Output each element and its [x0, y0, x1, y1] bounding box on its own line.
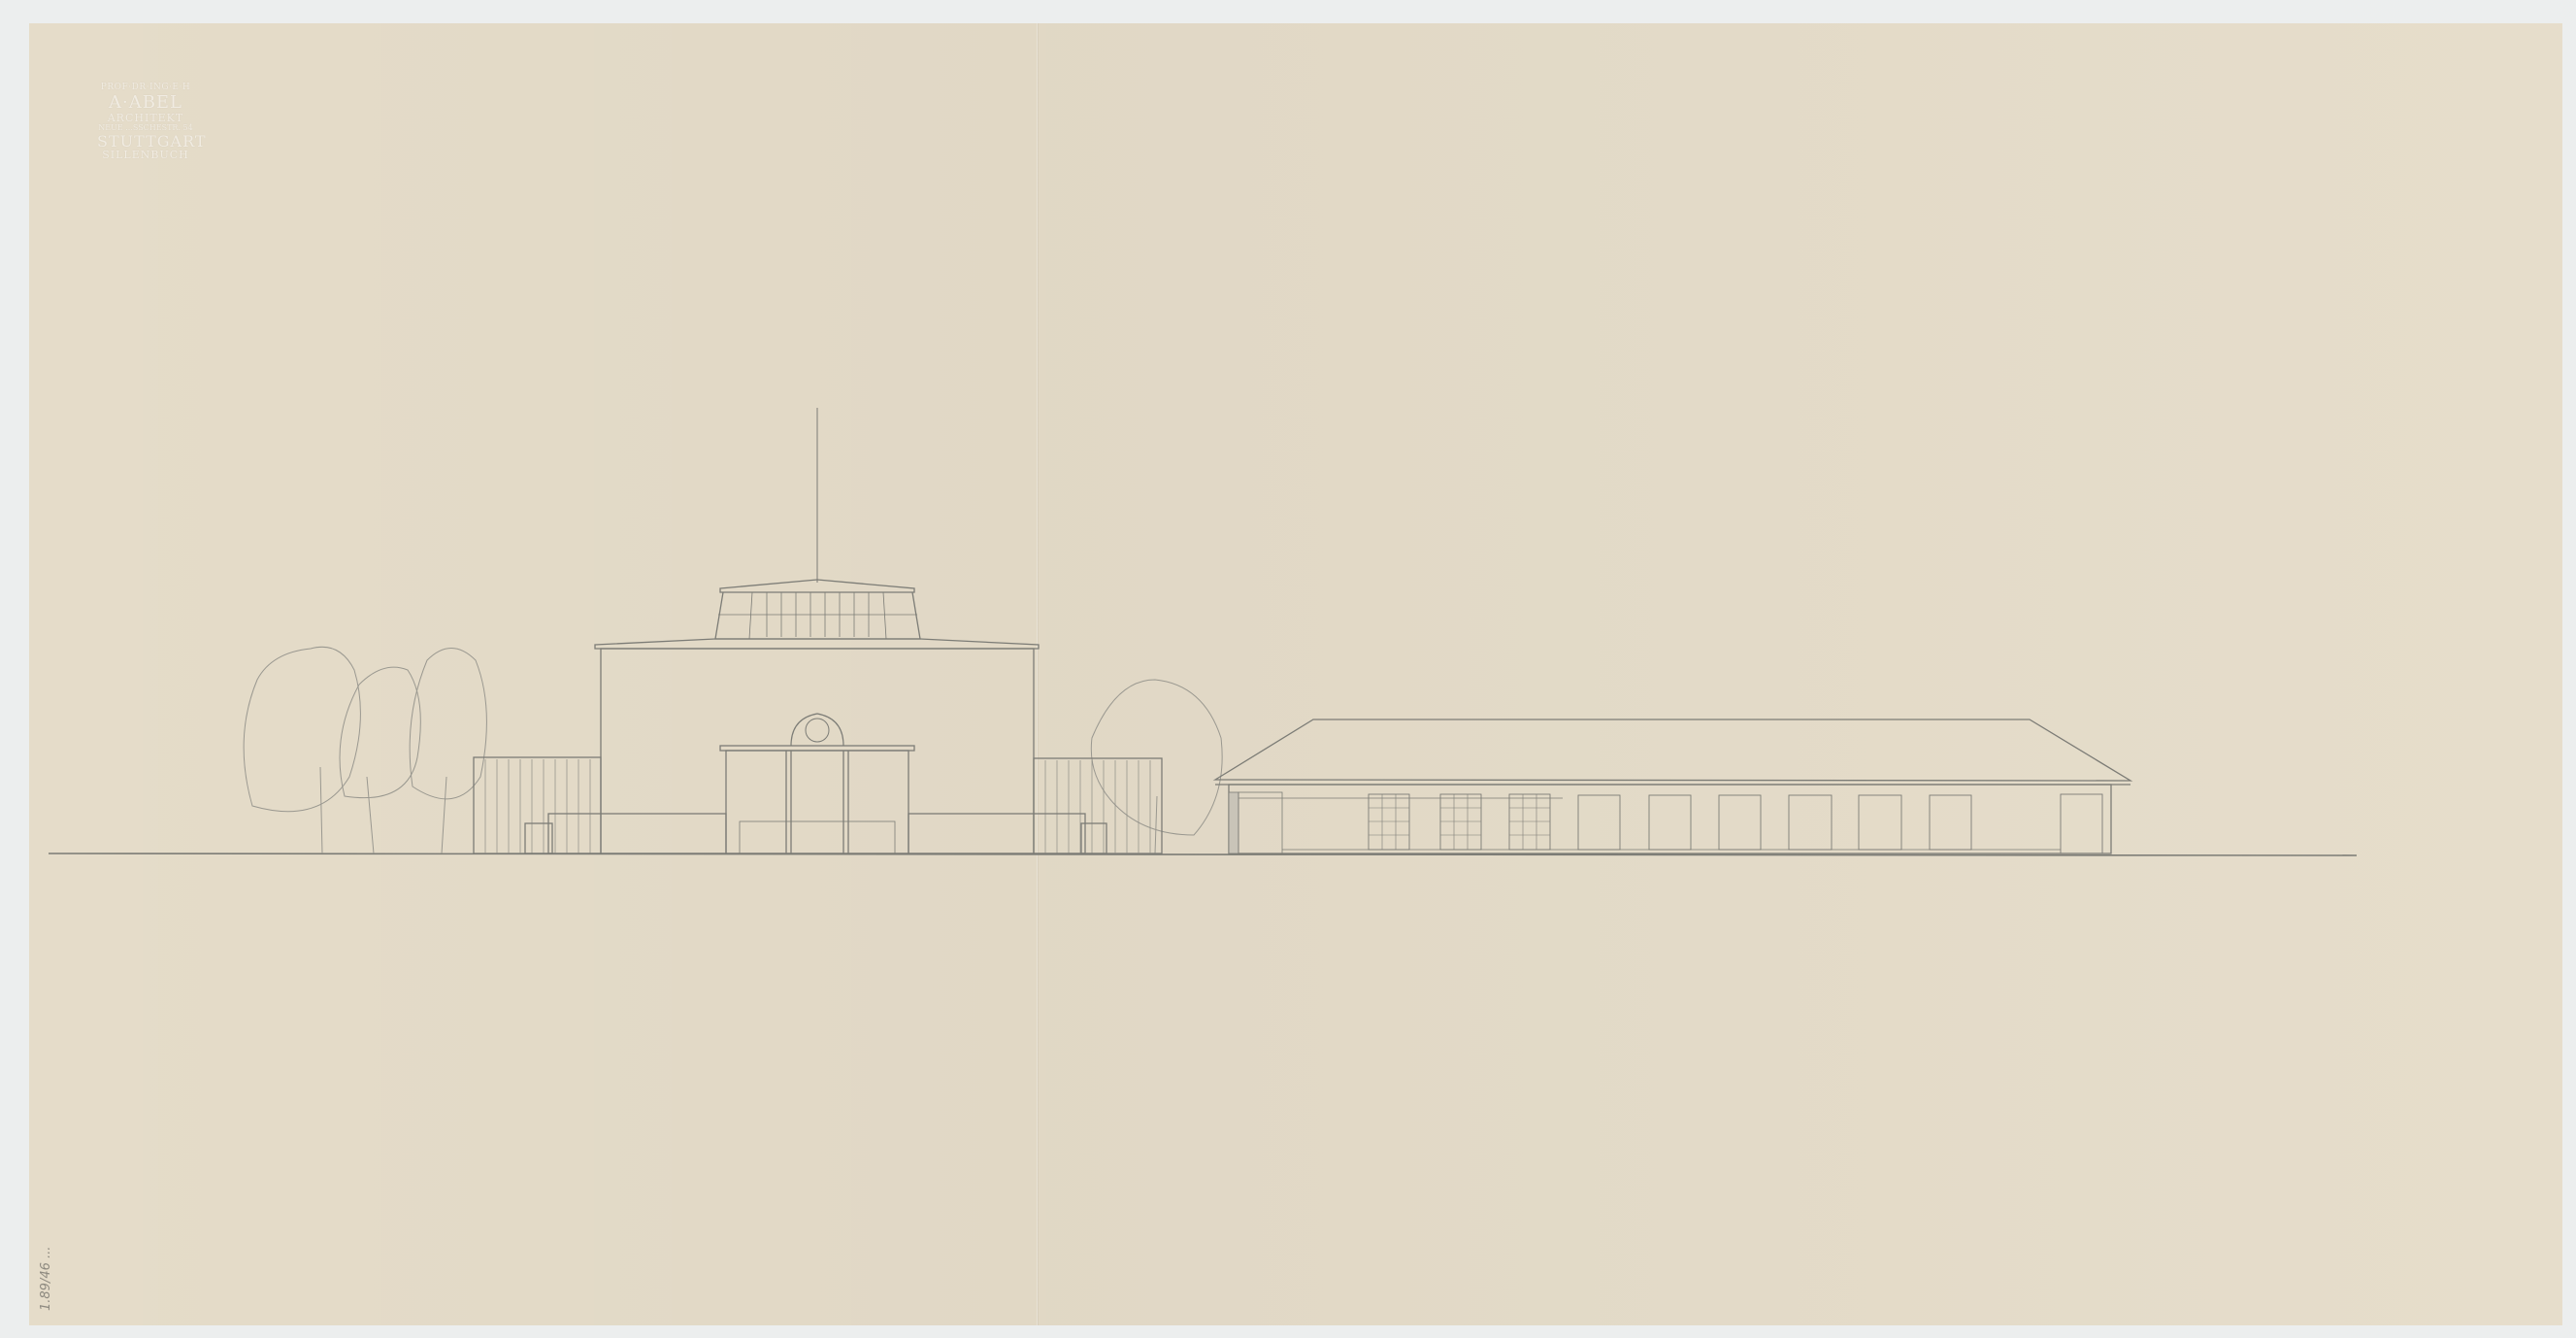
main-hall	[595, 408, 1039, 853]
elevation-drawing	[0, 0, 2576, 1338]
window-group	[1369, 794, 1550, 850]
entrance-portal	[720, 714, 914, 853]
tree-right	[1091, 680, 1222, 853]
right-wing	[908, 758, 1162, 853]
left-wing	[474, 757, 726, 853]
trees-left	[244, 647, 486, 853]
door-group	[1578, 794, 2102, 853]
long-building	[1215, 719, 2130, 853]
